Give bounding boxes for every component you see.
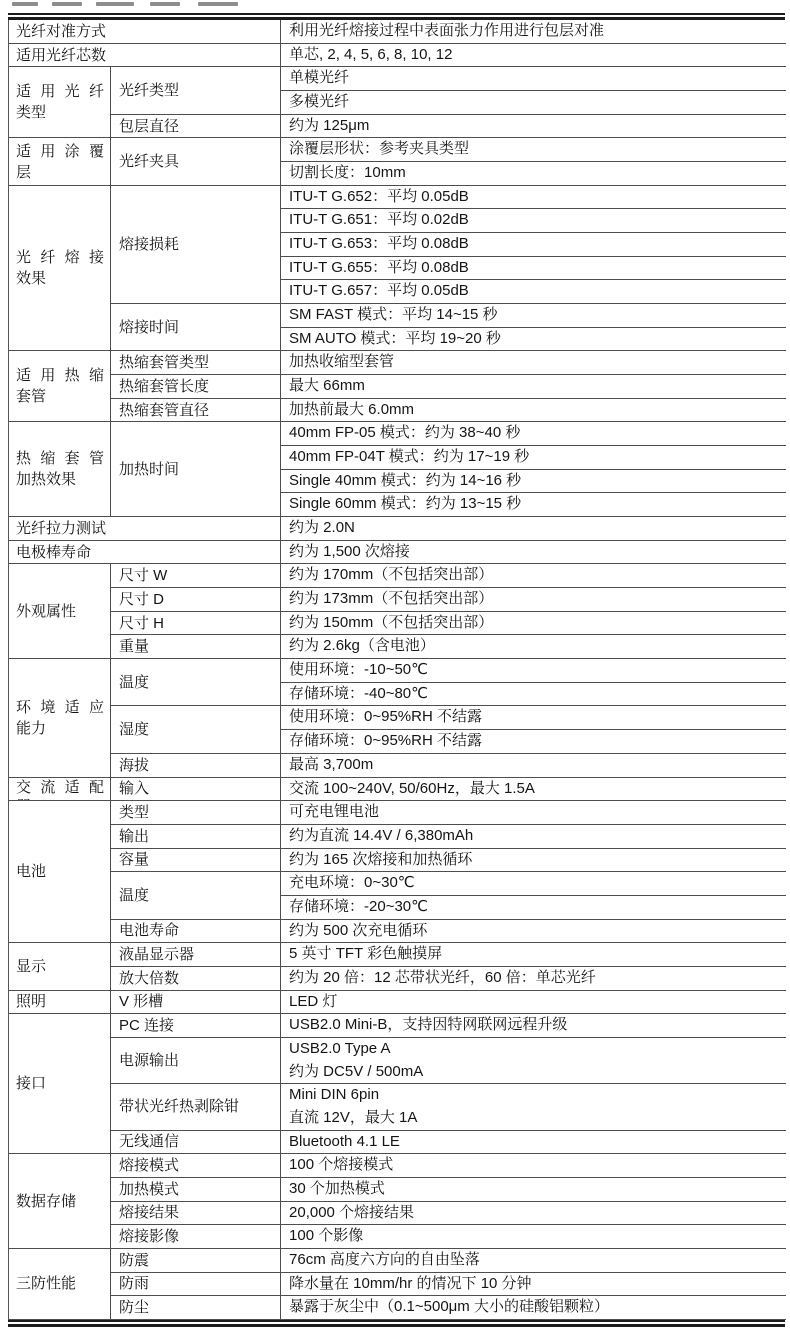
spec-table: 光纤对准方式利用光纤熔接过程中表面张力作用进行包层对准适用光纤芯数单芯, 2, … [8,20,786,1320]
spec-value-cell: 最高 3,700m [281,753,786,777]
spec-value-cell: 约为 2.0N [281,517,786,541]
spec-group-label-line: 光纤熔接 [16,247,104,268]
table-bottom-double-rule [8,1320,785,1327]
spec-group-label: 接口 [9,1073,110,1094]
spec-value-line: 约为 2.0N [281,517,786,540]
spec-group-label-line: 加热效果 [16,469,104,490]
spec-sub-cell: 尺寸 W [111,564,281,588]
spec-group-cell: 接口 [9,1014,111,1154]
spec-sub-label: 温度 [111,886,280,905]
spec-value-cell: 100 个影像 [281,1225,786,1249]
table-row: 无线通信Bluetooth 4.1 LE [9,1130,786,1154]
spec-sub-cell: 熔接模式 [111,1154,281,1178]
spec-value-line: 20,000 个熔接结果 [281,1202,786,1225]
spec-value-cell: ITU-T G.657：平均 0.05dB [281,280,786,304]
spec-sub-label: PC 连接 [111,1016,280,1035]
spec-sub-cell: 防震 [111,1248,281,1272]
spec-value-line: 5 英寸 TFT 彩色触摸屏 [281,943,786,966]
spec-group-label: 光纤对准方式 [9,21,280,42]
spec-value-line: 约为 173mm（不包括突出部） [281,588,786,611]
spec-value-cell: 利用光纤熔接过程中表面张力作用进行包层对准 [281,20,786,43]
spec-value-cell: 约为 1,500 次熔接 [281,540,786,564]
table-row: 适用涂覆层光纤夹具涂覆层形状：参考夹具类型 [9,138,786,162]
spec-value-cell: 单芯, 2, 4, 5, 6, 8, 10, 12 [281,43,786,67]
spec-value-line: 利用光纤熔接过程中表面张力作用进行包层对准 [281,20,786,43]
spec-sub-label: 光纤类型 [111,81,280,100]
spec-value-line: 最大 66mm [281,375,786,398]
spec-value-cell: 存储环境：-40~80℃ [281,682,786,706]
spec-value-cell: 使用环境：0~95%RH 不结露 [281,706,786,730]
spec-group-cell: 电极棒寿命 [9,540,281,564]
table-row: 防尘暴露于灰尘中（0.1~500μm 大小的硅酸铝颗粒） [9,1296,786,1320]
spec-group-cell: 数据存储 [9,1154,111,1249]
spec-sub-cell: 类型 [111,801,281,825]
spec-value-cell: 100 个熔接模式 [281,1154,786,1178]
spec-value-line: 加热前最大 6.0mm [281,399,786,422]
spec-value-line: 40mm FP-04T 模式：约为 17~19 秒 [281,446,786,469]
spec-value-cell: 充电环境：0~30℃ [281,872,786,896]
spec-sub-label: 熔接影像 [111,1227,280,1246]
spec-group-cell: 适用热缩套管 [9,351,111,422]
table-row: 熔接结果20,000 个熔接结果 [9,1201,786,1225]
table-row: 输出约为直流 14.4V / 6,380mAh [9,824,786,848]
table-row: 带状光纤热剥除钳Mini DIN 6pin直流 12V，最大 1A [9,1084,786,1130]
spec-value-line: 加热收缩型套管 [281,351,786,374]
spec-sub-label: 类型 [111,803,280,822]
spec-value-line: 约为 125μm [281,115,786,138]
spec-sub-label: 容量 [111,850,280,869]
spec-value-line: 涂覆层形状：参考夹具类型 [281,138,786,161]
spec-group-label-line: 外观属性 [16,601,104,622]
spec-group-label-line: 光纤对准方式 [16,21,274,42]
spec-value-line: 多模光纤 [281,91,786,114]
spec-group-label: 适用涂覆层 [9,141,110,183]
spec-value-line: ITU-T G.651：平均 0.02dB [281,209,786,232]
spec-value-cell: 涂覆层形状：参考夹具类型 [281,138,786,162]
spec-group-label-line: 环境适应 [16,697,104,718]
spec-value-line: 约为 165 次熔接和加热循环 [281,849,786,872]
spec-sub-label: 电池寿命 [111,921,280,940]
spec-sub-label: 防尘 [111,1298,280,1317]
table-row: 光纤熔接效果熔接损耗ITU-T G.652：平均 0.05dB [9,185,786,209]
spec-value-line: 约为 2.6kg（含电池） [281,635,786,658]
spec-group-cell: 光纤拉力测试 [9,517,281,541]
spec-group-label: 环境适应能力 [9,697,110,739]
spec-value-cell: SM FAST 模式：平均 14~15 秒 [281,304,786,328]
spec-sub-cell: PC 连接 [111,1014,281,1038]
spec-group-label: 适用光纤类型 [9,81,110,123]
table-row: 数据存储熔接模式100 个熔接模式 [9,1154,786,1178]
spec-group-cell: 照明 [9,990,111,1014]
spec-group-label-line: 类型 [16,102,104,123]
spec-sub-cell: 温度 [111,872,281,919]
spec-group-label-line: 显示 [16,956,104,977]
spec-group-cell: 光纤熔接效果 [9,185,111,351]
spec-sub-cell: 熔接时间 [111,304,281,351]
spec-value-line: ITU-T G.653：平均 0.08dB [281,233,786,256]
spec-sub-label: 输出 [111,827,280,846]
spec-group-label-line: 效果 [16,268,104,289]
spec-value-line: 30 个加热模式 [281,1178,786,1201]
table-row: 显示液晶显示器5 英寸 TFT 彩色触摸屏 [9,943,786,967]
spec-value-line: 可充电锂电池 [281,801,786,824]
spec-value-cell: 约为 150mm（不包括突出部） [281,611,786,635]
spec-sub-label: 电源输出 [111,1051,280,1070]
spec-sub-cell: 容量 [111,848,281,872]
spec-value-line: 最高 3,700m [281,754,786,777]
spec-group-label: 适用光纤芯数 [9,45,280,66]
table-row: 熔接时间SM FAST 模式：平均 14~15 秒 [9,304,786,328]
spec-sub-label: 熔接损耗 [111,235,280,254]
spec-group-cell: 适用光纤类型 [9,67,111,138]
spec-sub-label: 防震 [111,1251,280,1270]
table-row: 尺寸 D约为 173mm（不包括突出部） [9,588,786,612]
spec-sub-cell: 带状光纤热剥除钳 [111,1084,281,1130]
spec-group-cell: 显示 [9,943,111,990]
spec-sub-label: 放大倍数 [111,969,280,988]
spec-value-line: Single 40mm 模式：约为 14~16 秒 [281,470,786,493]
spec-group-label-line: 光纤拉力测试 [16,518,274,539]
spec-value-line: 约为 DC5V / 500mA [281,1061,786,1084]
table-row: 交流适配器输入交流 100~240V, 50/60Hz，最大 1.5A [9,777,786,801]
table-row: 熔接影像100 个影像 [9,1225,786,1249]
spec-value-line: 使用环境：0~95%RH 不结露 [281,706,786,729]
table-row: 电极棒寿命约为 1,500 次熔接 [9,540,786,564]
spec-sub-label: 加热时间 [111,460,280,479]
spec-group-label-line: 适用热缩 [16,365,104,386]
spec-group-label-line: 三防性能 [16,1273,104,1294]
table-row: 防雨降水量在 10mm/hr 的情况下 10 分钟 [9,1272,786,1296]
spec-sub-cell: 熔接结果 [111,1201,281,1225]
spec-value-line: 约为 500 次充电循环 [281,920,786,943]
spec-sub-cell: 熔接损耗 [111,185,281,303]
spec-value-line: ITU-T G.657：平均 0.05dB [281,280,786,303]
spec-group-label: 电极棒寿命 [9,542,280,563]
spec-sub-label: 无线通信 [111,1132,280,1151]
spec-value-cell: 交流 100~240V, 50/60Hz，最大 1.5A [281,777,786,801]
spec-value-cell: 约为 20 倍：12 芯带状光纤，60 倍：单芯光纤 [281,966,786,990]
spec-sub-cell: V 形槽 [111,990,281,1014]
spec-value-line: SM FAST 模式：平均 14~15 秒 [281,304,786,327]
spec-group-label-line: 适用涂覆 [16,141,104,162]
spec-group-label-line: 能力 [16,718,104,739]
spec-sub-cell: 尺寸 H [111,611,281,635]
spec-value-line: 100 个熔接模式 [281,1154,786,1177]
spec-sub-cell: 光纤夹具 [111,138,281,185]
spec-sub-cell: 热缩套管直径 [111,398,281,422]
spec-sub-cell: 防尘 [111,1296,281,1320]
spec-group-label-line: 套管 [16,386,104,407]
spec-sub-label: 热缩套管类型 [111,353,280,372]
spec-sub-cell: 重量 [111,635,281,659]
spec-sub-cell: 温度 [111,659,281,706]
spec-value-cell: 30 个加热模式 [281,1177,786,1201]
spec-value-line: Mini DIN 6pin [281,1084,786,1107]
spec-sub-label: 尺寸 H [111,614,280,633]
table-row: 光纤对准方式利用光纤熔接过程中表面张力作用进行包层对准 [9,20,786,43]
spec-value-line: Bluetooth 4.1 LE [281,1131,786,1154]
spec-group-label: 照明 [9,991,110,1012]
spec-value-line: 约为 170mm（不包括突出部） [281,564,786,587]
spec-sub-label: 尺寸 W [111,566,280,585]
table-row: 加热模式30 个加热模式 [9,1177,786,1201]
table-row: 重量约为 2.6kg（含电池） [9,635,786,659]
table-row: 电池类型可充电锂电池 [9,801,786,825]
spec-value-cell: ITU-T G.651：平均 0.02dB [281,209,786,233]
table-row: 光纤拉力测试约为 2.0N [9,517,786,541]
spec-value-cell: 20,000 个熔接结果 [281,1201,786,1225]
spec-value-cell: 暴露于灰尘中（0.1~500μm 大小的硅酸铝颗粒） [281,1296,786,1320]
spec-group-cell: 光纤对准方式 [9,20,281,43]
spec-value-cell: 40mm FP-04T 模式：约为 17~19 秒 [281,446,786,470]
spec-table-body: 光纤对准方式利用光纤熔接过程中表面张力作用进行包层对准适用光纤芯数单芯, 2, … [9,20,786,1319]
spec-value-cell: Mini DIN 6pin直流 12V，最大 1A [281,1084,786,1130]
spec-group-cell: 交流适配器 [9,777,111,801]
spec-group-label: 适用热缩套管 [9,365,110,407]
spec-group-label-line: 数据存储 [16,1191,104,1212]
spec-group-cell: 环境适应能力 [9,659,111,777]
spec-group-label-line: 接口 [16,1073,104,1094]
spec-value-cell: 切割长度：10mm [281,162,786,186]
spec-sub-label: 热缩套管长度 [111,377,280,396]
spec-value-line: 切割长度：10mm [281,162,786,185]
spec-sub-cell: 包层直径 [111,114,281,138]
table-row: 外观属性尺寸 W约为 170mm（不包括突出部） [9,564,786,588]
spec-sub-label: 海拔 [111,756,280,775]
spec-sub-label: 带状光纤热剥除钳 [111,1097,280,1116]
spec-sub-label: 尺寸 D [111,590,280,609]
table-row: 适用光纤类型光纤类型单模光纤 [9,67,786,91]
spec-value-cell: 约为 2.6kg（含电池） [281,635,786,659]
table-row: 海拔最高 3,700m [9,753,786,777]
spec-sub-label: 熔接时间 [111,318,280,337]
table-row: 放大倍数约为 20 倍：12 芯带状光纤，60 倍：单芯光纤 [9,966,786,990]
spec-value-line: ITU-T G.652：平均 0.05dB [281,186,786,209]
table-row: 温度充电环境：0~30℃ [9,872,786,896]
spec-group-cell: 适用涂覆层 [9,138,111,185]
spec-value-cell: 约为 165 次熔接和加热循环 [281,848,786,872]
spec-value-cell: 约为 173mm（不包括突出部） [281,588,786,612]
spec-value-cell: 约为 170mm（不包括突出部） [281,564,786,588]
spec-value-line: 交流 100~240V, 50/60Hz，最大 1.5A [281,778,786,801]
spec-value-cell: ITU-T G.653：平均 0.08dB [281,233,786,257]
spec-value-cell: 76cm 高度六方向的自由坠落 [281,1248,786,1272]
spec-group-label: 显示 [9,956,110,977]
table-row: 湿度使用环境：0~95%RH 不结露 [9,706,786,730]
spec-value-cell: 加热前最大 6.0mm [281,398,786,422]
spec-sub-label: 加热模式 [111,1180,280,1199]
spec-sub-cell: 海拔 [111,753,281,777]
spec-value-cell: 存储环境：-20~30℃ [281,895,786,919]
spec-sub-cell: 防雨 [111,1272,281,1296]
spec-sub-label: V 形槽 [111,992,280,1011]
spec-value-line: 单芯, 2, 4, 5, 6, 8, 10, 12 [281,44,786,67]
spec-value-line: 充电环境：0~30℃ [281,872,786,895]
spec-sub-cell: 热缩套管长度 [111,375,281,399]
spec-value-cell: 约为直流 14.4V / 6,380mAh [281,824,786,848]
spec-sub-label: 热缩套管直径 [111,401,280,420]
spec-group-label: 外观属性 [9,601,110,622]
spec-sub-cell: 光纤类型 [111,67,281,114]
spec-value-line: 约为直流 14.4V / 6,380mAh [281,825,786,848]
spec-group-label: 数据存储 [9,1191,110,1212]
spec-group-cell: 三防性能 [9,1248,111,1319]
table-row: 适用热缩套管热缩套管类型加热收缩型套管 [9,351,786,375]
table-row: 包层直径约为 125μm [9,114,786,138]
spec-sub-cell: 输出 [111,824,281,848]
spec-sub-cell: 电池寿命 [111,919,281,943]
spec-value-line: 100 个影像 [281,1225,786,1248]
spec-value-line: 使用环境：-10~50℃ [281,659,786,682]
spec-value-cell: 降水量在 10mm/hr 的情况下 10 分钟 [281,1272,786,1296]
spec-sub-label: 包层直径 [111,117,280,136]
spec-group-label-line: 照明 [16,991,104,1012]
spec-value-cell: 5 英寸 TFT 彩色触摸屏 [281,943,786,967]
spec-sub-cell: 热缩套管类型 [111,351,281,375]
spec-group-label: 交流适配器 [9,778,110,800]
table-row: 热缩套管加热效果加热时间40mm FP-05 模式：约为 38~40 秒 [9,422,786,446]
spec-value-line: 单模光纤 [281,67,786,90]
spec-group-label: 热缩套管加热效果 [9,448,110,490]
spec-value-line: 存储环境：-40~80℃ [281,683,786,706]
spec-sub-label: 熔接模式 [111,1156,280,1175]
spec-value-cell: 加热收缩型套管 [281,351,786,375]
spec-value-line: 约为 20 倍：12 芯带状光纤，60 倍：单芯光纤 [281,967,786,990]
spec-value-line: LED 灯 [281,991,786,1014]
spec-value-cell: 单模光纤 [281,67,786,91]
spec-group-label-line: 电极棒寿命 [16,542,274,563]
spec-value-line: 降水量在 10mm/hr 的情况下 10 分钟 [281,1273,786,1296]
spec-group-label-line: 层 [16,162,104,183]
spec-sub-cell: 电源输出 [111,1037,281,1083]
spec-sub-label: 光纤夹具 [111,152,280,171]
spec-sub-cell: 加热时间 [111,422,281,517]
spec-value-cell: 可充电锂电池 [281,801,786,825]
table-row: 电源输出USB2.0 Type A约为 DC5V / 500mA [9,1037,786,1083]
spec-sub-cell: 无线通信 [111,1130,281,1154]
spec-group-label: 光纤熔接效果 [9,247,110,289]
spec-value-line: 存储环境：0~95%RH 不结露 [281,730,786,753]
spec-sub-label: 重量 [111,637,280,656]
spec-sub-cell: 放大倍数 [111,966,281,990]
table-row: 尺寸 H约为 150mm（不包括突出部） [9,611,786,635]
spec-value-cell: 40mm FP-05 模式：约为 38~40 秒 [281,422,786,446]
spec-sub-cell: 加热模式 [111,1177,281,1201]
spec-value-line: 76cm 高度六方向的自由坠落 [281,1249,786,1272]
spec-value-cell: 存储环境：0~95%RH 不结露 [281,730,786,754]
spec-value-line: 直流 12V，最大 1A [281,1107,786,1130]
table-row: 容量约为 165 次熔接和加热循环 [9,848,786,872]
table-top-double-rule [8,13,785,20]
spec-value-cell: Single 40mm 模式：约为 14~16 秒 [281,469,786,493]
spec-sub-cell: 湿度 [111,706,281,753]
spec-sub-cell: 液晶显示器 [111,943,281,967]
spec-value-line: USB2.0 Mini-B，支持因特网联网远程升级 [281,1014,786,1037]
spec-group-cell: 电池 [9,801,111,943]
spec-value-cell: USB2.0 Type A约为 DC5V / 500mA [281,1037,786,1083]
spec-sub-cell: 尺寸 D [111,588,281,612]
table-row: 环境适应能力温度使用环境：-10~50℃ [9,659,786,683]
spec-group-label: 光纤拉力测试 [9,518,280,539]
spec-sub-label: 温度 [111,673,280,692]
spec-sub-label: 液晶显示器 [111,945,280,964]
spec-value-cell: SM AUTO 模式：平均 19~20 秒 [281,327,786,351]
spec-value-line: 暴露于灰尘中（0.1~500μm 大小的硅酸铝颗粒） [281,1296,786,1319]
spec-group-label: 电池 [9,861,110,882]
spec-value-cell: ITU-T G.655：平均 0.08dB [281,256,786,280]
table-row: 照明V 形槽LED 灯 [9,990,786,1014]
spec-sub-label: 熔接结果 [111,1203,280,1222]
spec-group-label-line: 适用光纤 [16,81,104,102]
spec-group-cell: 适用光纤芯数 [9,43,281,67]
spec-value-cell: Bluetooth 4.1 LE [281,1130,786,1154]
spec-value-line: Single 60mm 模式：约为 13~15 秒 [281,493,786,516]
spec-value-cell: Single 60mm 模式：约为 13~15 秒 [281,493,786,517]
spec-group-label-line: 电池 [16,861,104,882]
spec-value-line: USB2.0 Type A [281,1038,786,1061]
spec-sub-label: 防雨 [111,1274,280,1293]
spec-group-cell: 热缩套管加热效果 [9,422,111,517]
spec-sub-cell: 输入 [111,777,281,801]
spec-value-line: 约为 150mm（不包括突出部） [281,612,786,635]
spec-value-cell: 约为 125μm [281,114,786,138]
spec-value-cell: 最大 66mm [281,375,786,399]
spec-value-line: ITU-T G.655：平均 0.08dB [281,257,786,280]
cropped-title-remnant [10,0,790,13]
spec-value-line: 存储环境：-20~30℃ [281,896,786,919]
spec-group-label-line: 交流适配 [16,778,104,797]
spec-group-cell: 外观属性 [9,564,111,659]
spec-value-cell: 使用环境：-10~50℃ [281,659,786,683]
spec-group-label: 三防性能 [9,1273,110,1294]
spec-value-cell: ITU-T G.652：平均 0.05dB [281,185,786,209]
spec-sub-cell: 熔接影像 [111,1225,281,1249]
spec-sub-label: 湿度 [111,720,280,739]
spec-value-cell: 多模光纤 [281,91,786,115]
spec-value-cell: LED 灯 [281,990,786,1014]
spec-value-line: 40mm FP-05 模式：约为 38~40 秒 [281,422,786,445]
spec-sub-label: 输入 [111,779,280,798]
spec-value-line: 约为 1,500 次熔接 [281,541,786,564]
spec-value-cell: 约为 500 次充电循环 [281,919,786,943]
table-row: 适用光纤芯数单芯, 2, 4, 5, 6, 8, 10, 12 [9,43,786,67]
table-row: 热缩套管直径加热前最大 6.0mm [9,398,786,422]
spec-group-label-line: 热缩套管 [16,448,104,469]
table-row: 电池寿命约为 500 次充电循环 [9,919,786,943]
spec-group-label-line: 器 [16,797,104,800]
table-row: 接口PC 连接USB2.0 Mini-B，支持因特网联网远程升级 [9,1014,786,1038]
spec-value-line: SM AUTO 模式：平均 19~20 秒 [281,328,786,351]
table-row: 三防性能防震76cm 高度六方向的自由坠落 [9,1248,786,1272]
spec-group-label-line: 适用光纤芯数 [16,45,274,66]
table-row: 热缩套管长度最大 66mm [9,375,786,399]
spec-value-cell: USB2.0 Mini-B，支持因特网联网远程升级 [281,1014,786,1038]
